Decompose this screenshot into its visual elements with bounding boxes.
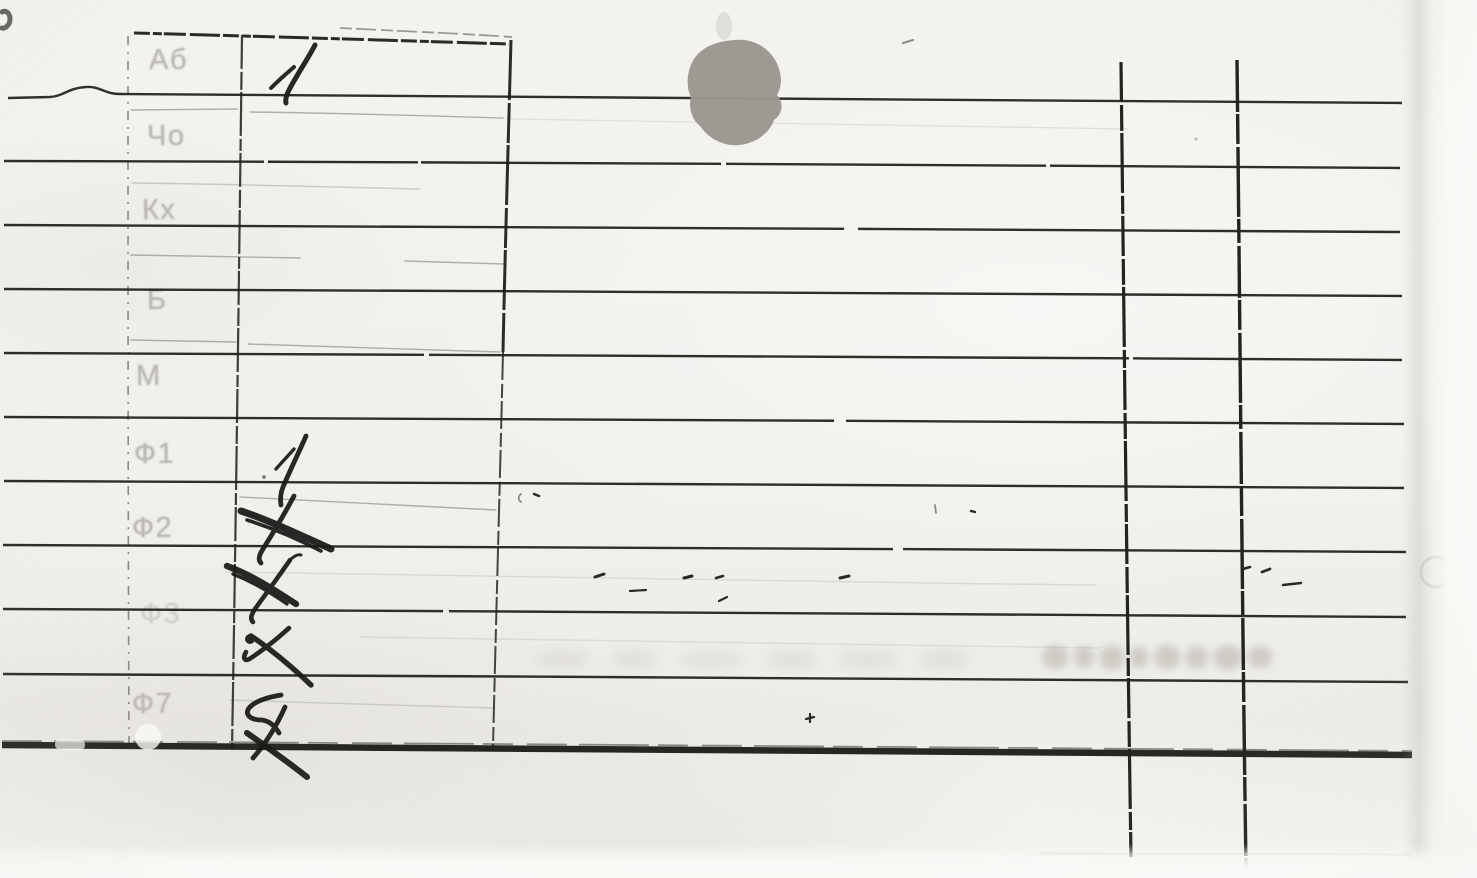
handwritten-mark-f1 xyxy=(262,436,306,505)
handwritten-x-between xyxy=(227,555,301,622)
ruled-lines xyxy=(2,87,1412,755)
handwritten-x-f7 xyxy=(247,695,307,777)
handwriting xyxy=(227,45,331,777)
vertical-rules xyxy=(1121,60,1246,868)
ink-layer xyxy=(0,0,1477,878)
table-borders xyxy=(128,28,512,749)
printed-grid xyxy=(131,109,1128,708)
handwritten-x-f2 xyxy=(241,496,331,563)
scanned-card: Аб Чо Кх Б М Ф1 Ф2 Ф3 Ф7 xyxy=(0,0,1477,878)
ink-blot xyxy=(688,12,782,145)
